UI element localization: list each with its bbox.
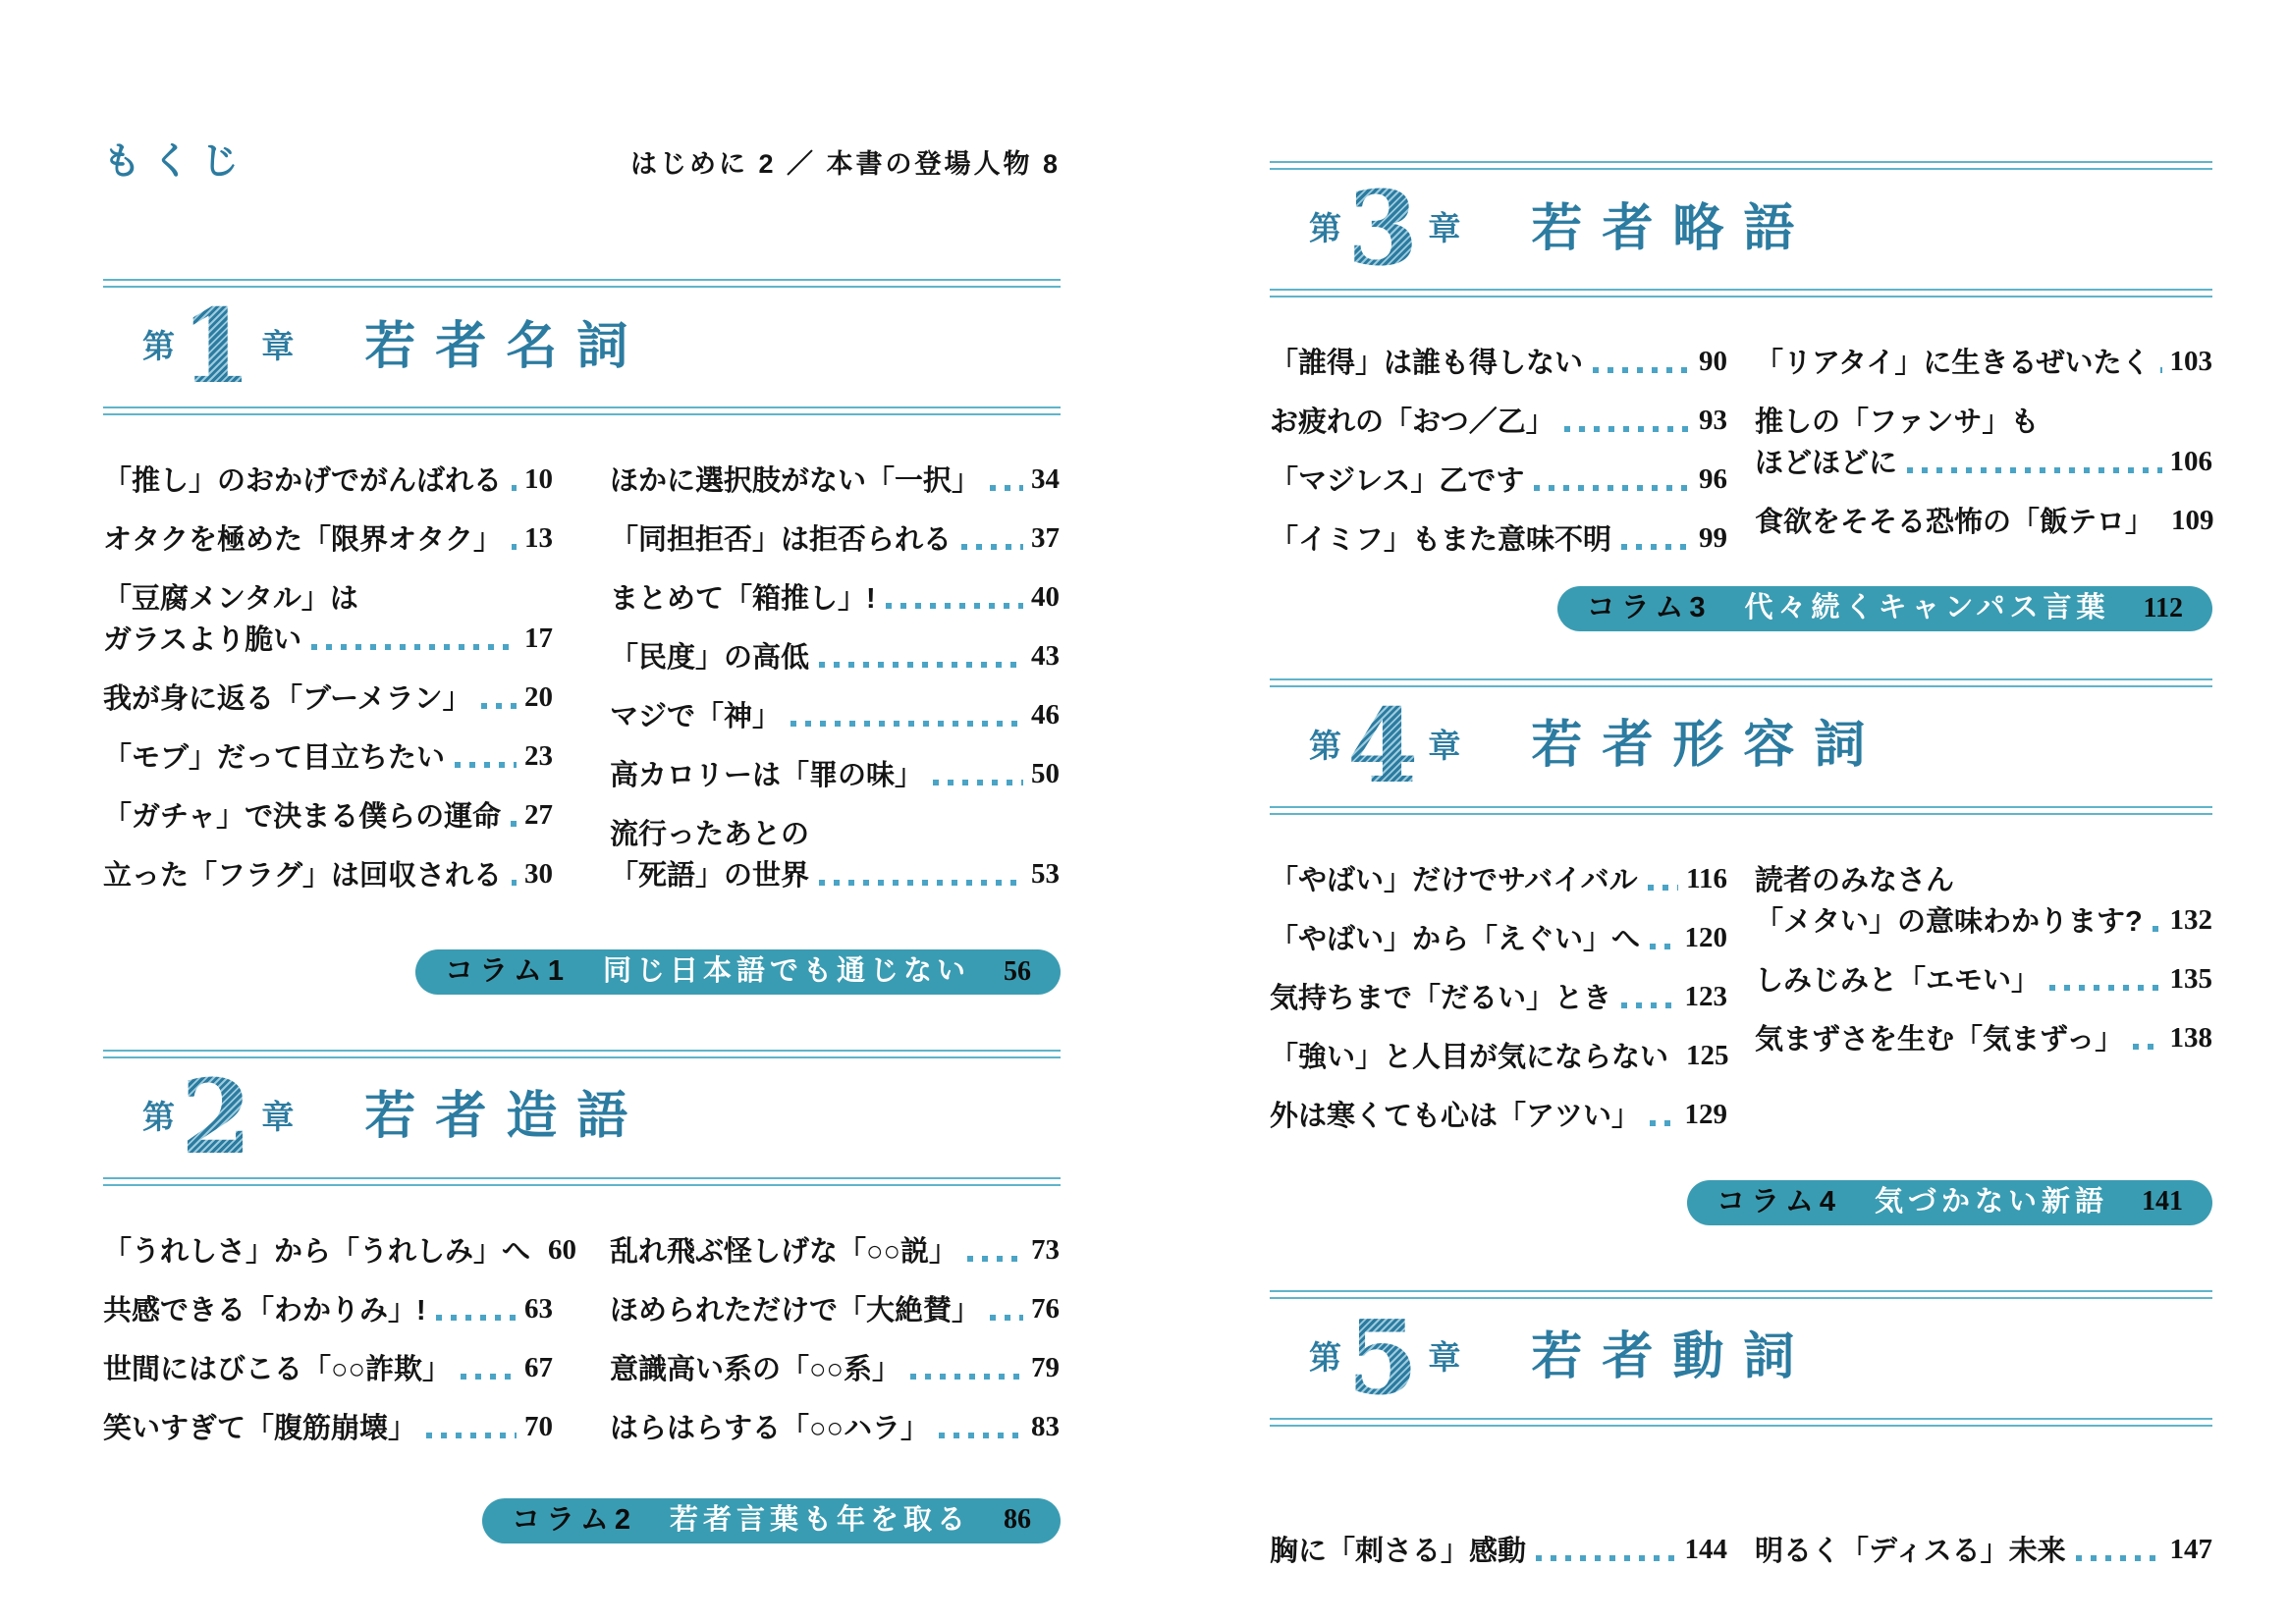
chapter-prefix: 第 (1309, 1341, 1341, 1374)
column-label: コラム3 (1587, 593, 1712, 624)
chapter-1-entries: 「推し」のおかげでがんばれる10オタクを極めた「限界オタク」13「豆腐メンタル」… (103, 462, 1061, 894)
toc-entry: 推しの「ファンサ」もほどほどに106 (1755, 404, 2212, 482)
front-matter-entries: はじめに 2 ／ 本書の登場人物 8 (630, 151, 1061, 181)
toc-entry-line: 「同担拒否」は拒否られる37 (610, 521, 1060, 559)
entry-title: はらはらする「○○ハラ」 (610, 1410, 929, 1447)
toc-entry-line: 「死語」の世界53 (610, 857, 1060, 894)
toc-entry-line: 「誰得」は誰も得しない90 (1270, 345, 1727, 382)
entry-title: 乱れ飛ぶ怪しげな「○○説」 (610, 1233, 957, 1271)
entry-page-number: 27 (524, 801, 553, 836)
entry-page-number: 135 (2170, 965, 2213, 1000)
entry-title: オタクを極めた「限界オタク」 (103, 521, 502, 559)
entry-title: 「ガチャ」で決まる僕らの運命 (103, 798, 501, 836)
dotted-leader (1907, 467, 2161, 473)
entries-column-left: 「誰得」は誰も得しない90お疲れの「おつ／乙」93「マジレス」乙です96「イミフ… (1270, 345, 1727, 559)
double-rule (103, 406, 1061, 415)
toc-entry-line: 「強い」と人目が気にならない125 (1270, 1039, 1727, 1076)
chapter-prefix: 第 (142, 1101, 175, 1133)
entry-title: お疲れの「おつ／乙」 (1270, 404, 1554, 441)
entry-page-number: 79 (1031, 1354, 1060, 1388)
toc-entry: 乱れ飛ぶ怪しげな「○○説」73 (610, 1233, 1060, 1271)
toc-entry-line: 「イミフ」もまた意味不明99 (1270, 521, 1727, 559)
entries-column-right: 明るく「ディスる」未来147 (1755, 1533, 2212, 1570)
toc-entry: 「モブ」だって目立ちたい23 (103, 739, 553, 777)
toc-entry: マジで「神」46 (610, 698, 1060, 735)
chapter-2-heading: 第 2 章 若者造語 (103, 1058, 1061, 1177)
dotted-leader (2076, 1555, 2162, 1561)
dotted-leader (455, 762, 517, 768)
toc-entry-line: 「リアタイ」に生きるぜいたく103 (1755, 345, 2212, 382)
chapter-number: 2 (181, 1070, 251, 1164)
entry-page-number: 120 (1685, 924, 1728, 958)
toc-entry-line: 「メタい」の意味わかります?132 (1755, 903, 2212, 941)
entry-title: 立った「フラグ」は回収される (103, 857, 502, 894)
entry-title: 「うれしさ」から「うれしみ」へ (103, 1233, 530, 1271)
chapter-2-section: 第 2 章 若者造語 「うれしさ」から「うれしみ」へ60共感できる「わかりみ」!… (103, 1050, 1061, 1543)
entry-page-number: 23 (524, 742, 553, 777)
entry-page-number: 10 (524, 465, 553, 500)
toc-entry: ほかに選択肢がない「一択」34 (610, 462, 1060, 500)
entry-title: ほめられただけで「大絶賛」 (610, 1292, 980, 1329)
entry-page-number: 70 (524, 1413, 553, 1447)
dotted-leader (1650, 944, 1676, 949)
toc-entry-line: しみじみと「エモい」135 (1755, 962, 2212, 1000)
entry-title: 笑いすぎて「腹筋崩壊」 (103, 1410, 416, 1447)
toc-entry: 「推し」のおかげでがんばれる10 (103, 462, 553, 500)
chapter-title: 若者動詞 (1531, 1331, 1814, 1382)
column-banner-2: コラム2 若者言葉も年を取る 86 (482, 1498, 1061, 1543)
toc-entry-line: 「うれしさ」から「うれしみ」へ60 (103, 1233, 553, 1271)
toc-entry-line: 外は寒くても心は「アツい」129 (1270, 1098, 1727, 1135)
entry-title-line1: 「豆腐メンタル」は (103, 580, 553, 618)
dotted-leader (939, 1433, 1023, 1438)
entry-page-number: 20 (524, 683, 553, 718)
dotted-leader (512, 544, 517, 550)
entry-page-number: 30 (524, 860, 553, 894)
toc-entry-line: 乱れ飛ぶ怪しげな「○○説」73 (610, 1233, 1060, 1271)
entry-page-number: 46 (1031, 701, 1060, 735)
toc-entry: 立った「フラグ」は回収される30 (103, 857, 553, 894)
entry-page-number: 123 (1685, 983, 1728, 1017)
chapter-title: 若者略語 (1531, 203, 1814, 254)
dotted-leader (1536, 1555, 1676, 1561)
entry-title-line2: 「メタい」の意味わかります? (1755, 903, 2143, 941)
toc-entry-line: 「推し」のおかげでがんばれる10 (103, 462, 553, 500)
entry-page-number: 106 (2170, 448, 2213, 482)
toc-entry: 「イミフ」もまた意味不明99 (1270, 521, 1727, 559)
chapter-5-section: 第 5 章 若者動詞 胸に「刺さる」感動144 明るく「ディスる」未来147 (1270, 1290, 2212, 1570)
toc-entry: 「やばい」だけでサバイバル116 (1270, 862, 1727, 899)
double-rule (1270, 289, 2212, 298)
column-banner-4: コラム4 気づかない新語 141 (1687, 1180, 2212, 1225)
toc-entry-line: 食欲をそそる恐怖の「飯テロ」109 (1755, 504, 2212, 541)
chapter-suffix: 章 (261, 1101, 294, 1133)
entry-title: 気持ちまで「だるい」とき (1270, 980, 1611, 1017)
toc-entry-line: 明るく「ディスる」未来147 (1755, 1533, 2212, 1570)
chapter-suffix: 章 (1428, 212, 1460, 244)
chapter-suffix: 章 (1428, 1341, 1460, 1374)
dotted-leader (1621, 1002, 1676, 1008)
entry-title: 「マジレス」乙です (1270, 462, 1524, 500)
toc-entry: 食欲をそそる恐怖の「飯テロ」109 (1755, 504, 2212, 541)
entry-page-number: 96 (1699, 465, 1727, 500)
dotted-leader (2049, 985, 2161, 991)
entry-title: ほかに選択肢がない「一択」 (610, 462, 980, 500)
entry-page-number: 83 (1031, 1413, 1060, 1447)
entry-title: 「同担拒否」は拒否られる (610, 521, 952, 559)
dotted-leader (910, 1374, 1023, 1380)
toc-entry: 胸に「刺さる」感動144 (1270, 1533, 1727, 1570)
toc-spread: もくじ はじめに 2 ／ 本書の登場人物 8 第 1 章 若者名詞 「推し」のお… (0, 0, 2289, 1624)
toc-entry: 「やばい」から「えぐい」へ120 (1270, 921, 1727, 958)
entry-title: 世間にはびこる「○○詐欺」 (103, 1351, 451, 1388)
dotted-leader (819, 880, 1023, 886)
dotted-leader (1650, 1120, 1676, 1126)
toc-entry: まとめて「箱推し」!40 (610, 580, 1060, 618)
column-title: 同じ日本語でも通じない (603, 956, 970, 988)
toc-page-right: 第 3 章 若者略語 「誰得」は誰も得しない90お疲れの「おつ／乙」93「マジレ… (1270, 0, 2212, 1570)
column-banner-1: コラム1 同じ日本語でも通じない 56 (415, 949, 1061, 995)
entry-page-number: 90 (1699, 348, 1727, 382)
toc-entry: 「リアタイ」に生きるぜいたく103 (1755, 345, 2212, 382)
entry-page-number: 76 (1031, 1295, 1060, 1329)
chapter-prefix: 第 (142, 330, 175, 362)
dotted-leader (2133, 1044, 2161, 1050)
entry-title: 「誰得」は誰も得しない (1270, 345, 1583, 382)
toc-entry-line: 「やばい」から「えぐい」へ120 (1270, 921, 1727, 958)
toc-entry-line: ほめられただけで「大絶賛」76 (610, 1292, 1060, 1329)
entry-title-line1: 推しの「ファンサ」も (1755, 404, 2212, 441)
column-page-number: 112 (2144, 594, 2183, 624)
column-title: 代々続くキャンパス言葉 (1745, 593, 2110, 624)
chapter-5-heading: 第 5 章 若者動詞 (1270, 1299, 2212, 1418)
dotted-leader (2160, 367, 2162, 373)
toc-entry: 「うれしさ」から「うれしみ」へ60 (103, 1233, 553, 1271)
entry-page-number: 53 (1031, 860, 1060, 894)
dotted-leader (1621, 544, 1691, 550)
chapter-number: 3 (1347, 182, 1418, 275)
double-rule (1270, 1418, 2212, 1427)
toc-entry: 「民度」の高低43 (610, 639, 1060, 677)
toc-entry: ほめられただけで「大絶賛」76 (610, 1292, 1060, 1329)
entry-title: 意識高い系の「○○系」 (610, 1351, 900, 1388)
chapter-title: 若者形容詞 (1531, 720, 1884, 771)
column-label: コラム4 (1717, 1187, 1841, 1218)
toc-entry-line: ほかに選択肢がない「一択」34 (610, 462, 1060, 500)
toc-entry: 共感できる「わかりみ」!63 (103, 1292, 553, 1329)
entry-page-number: 40 (1031, 583, 1060, 618)
dotted-leader (886, 603, 1023, 609)
toc-entry-line: ほどほどに106 (1755, 445, 2212, 482)
entry-title-line2: 「死語」の世界 (610, 857, 809, 894)
toc-entry-line: 「やばい」だけでサバイバル116 (1270, 862, 1727, 899)
toc-entry: 世間にはびこる「○○詐欺」67 (103, 1351, 553, 1388)
toc-entry-line: お疲れの「おつ／乙」93 (1270, 404, 1727, 441)
entry-page-number: 103 (2170, 348, 2213, 382)
chapter-1-section: 第 1 章 若者名詞 「推し」のおかげでがんばれる10オタクを極めた「限界オタク… (103, 279, 1061, 995)
entry-page-number: 99 (1699, 524, 1727, 559)
toc-entry-line: オタクを極めた「限界オタク」13 (103, 521, 553, 559)
toc-entry-line: ガラスより脆い17 (103, 622, 553, 659)
dotted-leader (511, 821, 517, 827)
entry-page-number: 13 (524, 524, 553, 559)
dotted-leader (990, 1315, 1023, 1321)
dotted-leader (2153, 926, 2162, 932)
chapter-suffix: 章 (1428, 730, 1460, 762)
toc-entry-line: 立った「フラグ」は回収される30 (103, 857, 553, 894)
column-page-number: 86 (1004, 1505, 1031, 1536)
dotted-leader (481, 703, 517, 709)
entries-column-right: 乱れ飛ぶ怪しげな「○○説」73ほめられただけで「大絶賛」76意識高い系の「○○系… (610, 1233, 1060, 1447)
toc-entry-line: 気まずさを生む「気まずっ」138 (1755, 1021, 2212, 1058)
entry-page-number: 109 (2171, 507, 2214, 541)
dotted-leader (1564, 426, 1691, 432)
toc-entry-line: マジで「神」46 (610, 698, 1060, 735)
entry-title: 外は寒くても心は「アツい」 (1270, 1098, 1640, 1135)
chapter-4-section: 第 4 章 若者形容詞 「やばい」だけでサバイバル116「やばい」から「えぐい」… (1270, 678, 2212, 1225)
entry-page-number: 129 (1685, 1101, 1728, 1135)
toc-entry: 「豆腐メンタル」はガラスより脆い17 (103, 580, 553, 659)
toc-entry: 明るく「ディスる」未来147 (1755, 1533, 2212, 1570)
toc-entry-line: 高カロリーは「罪の味」50 (610, 757, 1060, 794)
dotted-leader (990, 485, 1023, 491)
toc-entry: 意識高い系の「○○系」79 (610, 1351, 1060, 1388)
toc-entry: お疲れの「おつ／乙」93 (1270, 404, 1727, 441)
entry-title: まとめて「箱推し」! (610, 580, 876, 618)
toc-entry: 「同担拒否」は拒否られる37 (610, 521, 1060, 559)
toc-entry-line: 「ガチャ」で決まる僕らの運命27 (103, 798, 553, 836)
entry-title: マジで「神」 (610, 698, 781, 735)
toc-entry: 「ガチャ」で決まる僕らの運命27 (103, 798, 553, 836)
entries-column-left: 「推し」のおかげでがんばれる10オタクを極めた「限界オタク」13「豆腐メンタル」… (103, 462, 553, 894)
toc-entry: 我が身に返る「ブーメラン」20 (103, 680, 553, 718)
toc-entry: 「誰得」は誰も得しない90 (1270, 345, 1727, 382)
toc-entry-line: 意識高い系の「○○系」79 (610, 1351, 1060, 1388)
toc-entry-line: 「民度」の高低43 (610, 639, 1060, 677)
page-title: もくじ (103, 143, 250, 181)
entry-title-line1: 読者のみなさん (1755, 862, 2212, 899)
entries-column-left: 胸に「刺さる」感動144 (1270, 1533, 1727, 1570)
dotted-leader (790, 721, 1023, 727)
entries-column-right: ほかに選択肢がない「一択」34「同担拒否」は拒否られる37まとめて「箱推し」!4… (610, 462, 1060, 894)
chapter-2-entries: 「うれしさ」から「うれしみ」へ60共感できる「わかりみ」!63世間にはびこる「○… (103, 1233, 1061, 1447)
toc-entry-line: 世間にはびこる「○○詐欺」67 (103, 1351, 553, 1388)
toc-entry-line: 笑いすぎて「腹筋崩壊」70 (103, 1410, 553, 1447)
entry-page-number: 93 (1699, 406, 1727, 441)
entry-title: 「推し」のおかげでがんばれる (103, 462, 502, 500)
column-label: コラム1 (445, 956, 570, 988)
entry-title: 「やばい」だけでサバイバル (1270, 862, 1638, 899)
entry-title: 食欲をそそる恐怖の「飯テロ」 (1755, 504, 2153, 541)
entry-page-number: 50 (1031, 760, 1060, 794)
entry-title: 気まずさを生む「気まずっ」 (1755, 1021, 2123, 1058)
chapter-suffix: 章 (261, 330, 294, 362)
entry-title: 高カロリーは「罪の味」 (610, 757, 923, 794)
dotted-leader (311, 644, 517, 650)
chapter-1-heading: 第 1 章 若者名詞 (103, 288, 1061, 406)
entry-page-number: 60 (548, 1236, 576, 1271)
dotted-leader (1593, 367, 1691, 373)
toc-entry: 「マジレス」乙です96 (1270, 462, 1727, 500)
chapter-number: 4 (1347, 699, 1418, 792)
entry-page-number: 67 (524, 1354, 553, 1388)
column-page-number: 56 (1004, 957, 1031, 988)
toc-entry-line: 「マジレス」乙です96 (1270, 462, 1727, 500)
entry-page-number: 125 (1686, 1042, 1729, 1076)
entries-column-left: 「やばい」だけでサバイバル116「やばい」から「えぐい」へ120気持ちまで「だる… (1270, 862, 1727, 1135)
entry-page-number: 116 (1686, 865, 1727, 899)
entry-page-number: 144 (1685, 1536, 1728, 1570)
entry-title: 「民度」の高低 (610, 639, 809, 677)
toc-entry: 「強い」と人目が気にならない125 (1270, 1039, 1727, 1076)
toc-entry: 気まずさを生む「気まずっ」138 (1755, 1021, 2212, 1058)
column-title: 若者言葉も年を取る (670, 1505, 970, 1537)
entry-title: 「リアタイ」に生きるぜいたく (1755, 345, 2151, 382)
dotted-leader (967, 1256, 1023, 1262)
toc-entry-line: 胸に「刺さる」感動144 (1270, 1533, 1727, 1570)
toc-entry: 笑いすぎて「腹筋崩壊」70 (103, 1410, 553, 1447)
entry-page-number: 132 (2170, 906, 2213, 941)
entry-title: 「やばい」から「えぐい」へ (1270, 921, 1640, 958)
toc-entry-line: まとめて「箱推し」!40 (610, 580, 1060, 618)
dotted-leader (512, 485, 517, 491)
chapter-prefix: 第 (1309, 730, 1341, 762)
entry-title: 「モブ」だって目立ちたい (103, 739, 445, 777)
entry-title: 明るく「ディスる」未来 (1755, 1533, 2066, 1570)
chapter-title: 若者造語 (364, 1091, 647, 1142)
dotted-leader (461, 1374, 517, 1380)
dotted-leader (933, 780, 1023, 785)
entries-column-left: 「うれしさ」から「うれしみ」へ60共感できる「わかりみ」!63世間にはびこる「○… (103, 1233, 553, 1447)
entry-page-number: 17 (524, 624, 553, 659)
entry-title: しみじみと「エモい」 (1755, 962, 2040, 1000)
toc-entry: 読者のみなさん「メタい」の意味わかります?132 (1755, 862, 2212, 941)
toc-entry: 外は寒くても心は「アツい」129 (1270, 1098, 1727, 1135)
chapter-number: 1 (181, 299, 251, 393)
toc-entry-line: 「モブ」だって目立ちたい23 (103, 739, 553, 777)
chapter-4-heading: 第 4 章 若者形容詞 (1270, 687, 2212, 806)
entry-page-number: 73 (1031, 1236, 1060, 1271)
double-rule (103, 1177, 1061, 1186)
double-rule (1270, 806, 2212, 815)
entries-column-right: 読者のみなさん「メタい」の意味わかります?132しみじみと「エモい」135気まず… (1755, 862, 2212, 1135)
entry-title: 胸に「刺さる」感動 (1270, 1533, 1526, 1570)
toc-entry: はらはらする「○○ハラ」83 (610, 1410, 1060, 1447)
entry-page-number: 138 (2170, 1024, 2213, 1058)
entry-page-number: 43 (1031, 642, 1060, 677)
chapter-5-entries: 胸に「刺さる」感動144 明るく「ディスる」未来147 (1270, 1533, 2212, 1570)
entry-title-line2: ほどほどに (1755, 445, 1897, 482)
entries-column-right: 「リアタイ」に生きるぜいたく103推しの「ファンサ」もほどほどに106食欲をそそ… (1755, 345, 2212, 559)
column-title: 気づかない新語 (1875, 1187, 2108, 1218)
entry-page-number: 63 (524, 1295, 553, 1329)
entry-page-number: 34 (1031, 465, 1060, 500)
toc-entry: 流行ったあとの「死語」の世界53 (610, 816, 1060, 894)
toc-entry: しみじみと「エモい」135 (1755, 962, 2212, 1000)
chapter-4-entries: 「やばい」だけでサバイバル116「やばい」から「えぐい」へ120気持ちまで「だる… (1270, 862, 2212, 1135)
toc-entry: 高カロリーは「罪の味」50 (610, 757, 1060, 794)
entry-title: 我が身に返る「ブーメラン」 (103, 680, 471, 718)
chapter-title: 若者名詞 (364, 321, 647, 372)
page-header: もくじ はじめに 2 ／ 本書の登場人物 8 (103, 0, 1061, 181)
toc-entry-line: 我が身に返る「ブーメラン」20 (103, 680, 553, 718)
chapter-3-heading: 第 3 章 若者略語 (1270, 170, 2212, 289)
toc-entry-line: はらはらする「○○ハラ」83 (610, 1410, 1060, 1447)
chapter-prefix: 第 (1309, 212, 1341, 244)
column-page-number: 141 (2142, 1187, 2183, 1218)
entry-page-number: 147 (2170, 1536, 2213, 1570)
chapter-3-entries: 「誰得」は誰も得しない90お疲れの「おつ／乙」93「マジレス」乙です96「イミフ… (1270, 345, 2212, 559)
toc-entry: 気持ちまで「だるい」とき123 (1270, 980, 1727, 1017)
chapter-3-section: 第 3 章 若者略語 「誰得」は誰も得しない90お疲れの「おつ／乙」93「マジレ… (1270, 161, 2212, 631)
entry-title: 共感できる「わかりみ」! (103, 1292, 426, 1329)
toc-page-left: もくじ はじめに 2 ／ 本書の登場人物 8 第 1 章 若者名詞 「推し」のお… (103, 0, 1061, 1543)
column-banner-3: コラム3 代々続くキャンパス言葉 112 (1557, 586, 2212, 631)
toc-entry: オタクを極めた「限界オタク」13 (103, 521, 553, 559)
toc-entry-line: 共感できる「わかりみ」!63 (103, 1292, 553, 1329)
dotted-leader (426, 1433, 517, 1438)
dotted-leader (1648, 885, 1678, 891)
entry-title-line1: 流行ったあとの (610, 816, 1060, 853)
chapter-number: 5 (1347, 1311, 1418, 1404)
column-label: コラム2 (512, 1505, 636, 1537)
entry-title: 「イミフ」もまた意味不明 (1270, 521, 1611, 559)
entry-title-line2: ガラスより脆い (103, 622, 301, 659)
dotted-leader (819, 662, 1023, 668)
dotted-leader (961, 544, 1023, 550)
toc-entry-line: 気持ちまで「だるい」とき123 (1270, 980, 1727, 1017)
entry-page-number: 37 (1031, 524, 1060, 559)
dotted-leader (512, 880, 517, 886)
dotted-leader (1534, 485, 1691, 491)
entry-title: 「強い」と人目が気にならない (1270, 1039, 1668, 1076)
dotted-leader (436, 1315, 517, 1321)
